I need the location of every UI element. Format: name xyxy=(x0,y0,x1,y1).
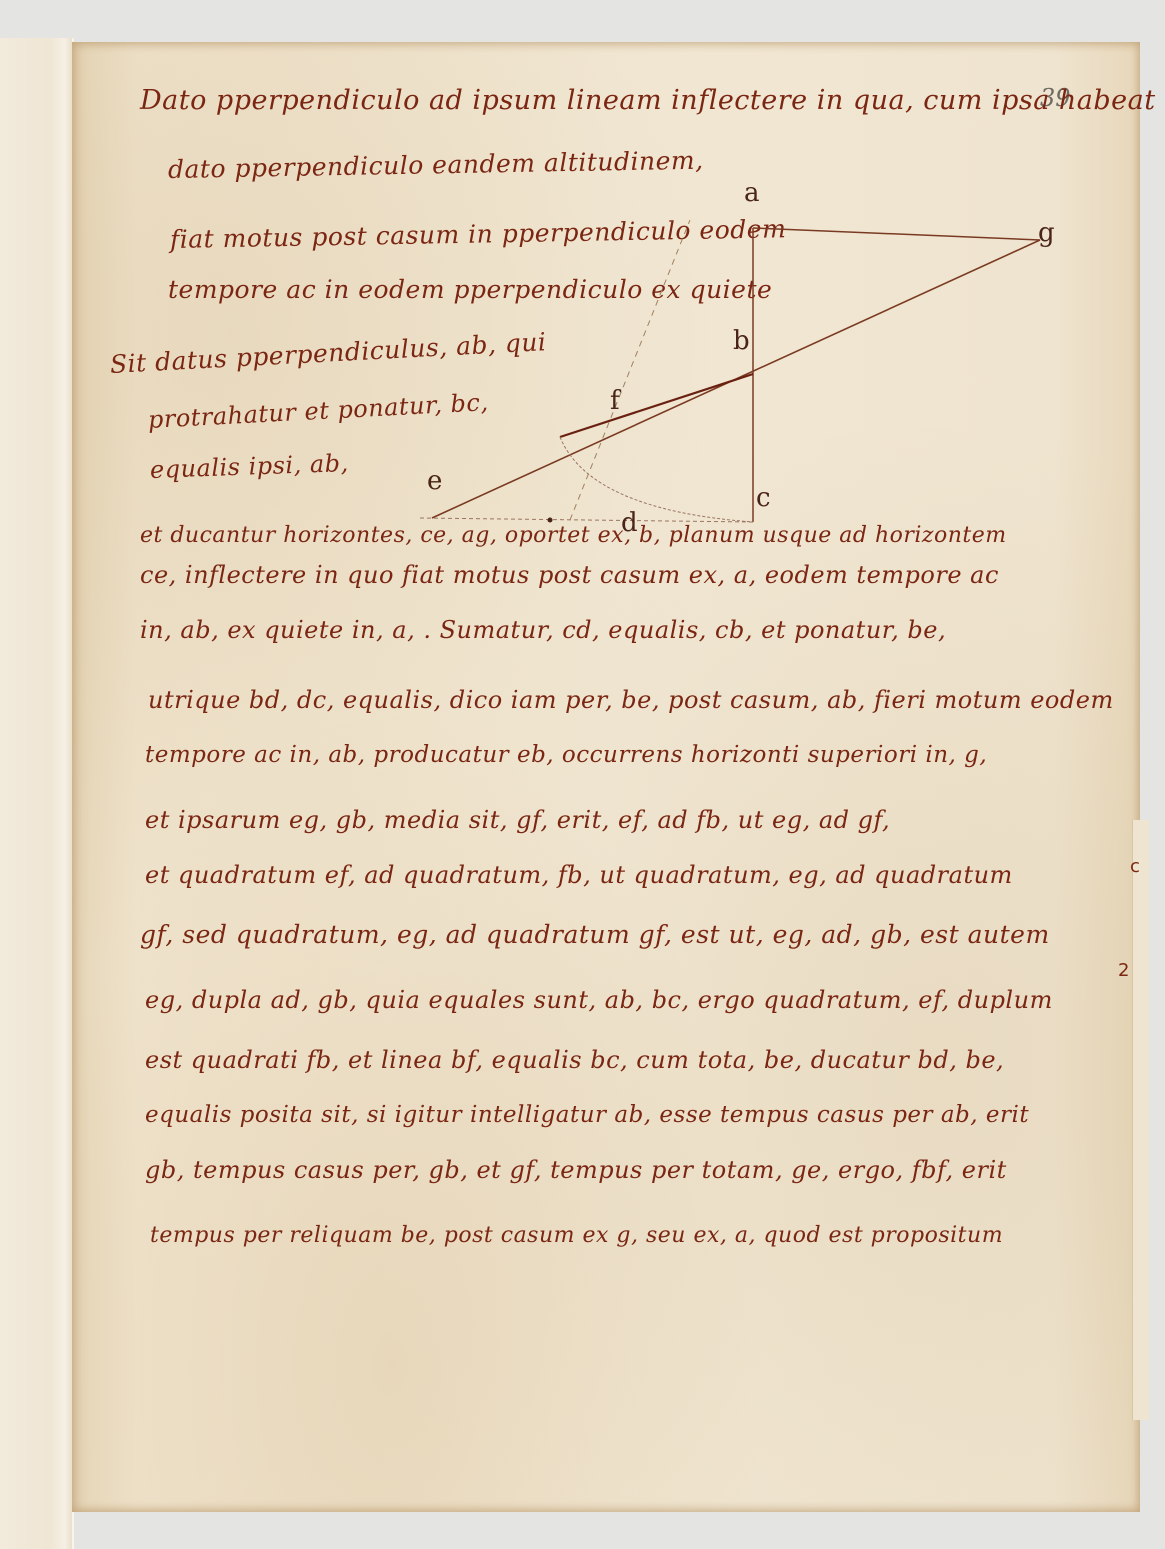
diagram-label-d: d xyxy=(621,508,638,538)
arc-fc xyxy=(560,437,753,522)
diagram-label-b: b xyxy=(733,326,750,356)
diagram-label-c: c xyxy=(756,483,771,513)
diagram-label-f: f xyxy=(610,386,620,416)
line-ag xyxy=(753,228,1040,240)
line-ec xyxy=(420,518,753,522)
diagram-label-a: a xyxy=(744,178,760,208)
line-d-dashed xyxy=(570,220,690,520)
point-d xyxy=(548,518,553,523)
segment-bf xyxy=(560,374,753,437)
geometric-diagram xyxy=(0,0,1165,1549)
margin-mark: 2 xyxy=(1118,960,1129,981)
diagram-label-e: e xyxy=(427,466,442,496)
margin-mark: c xyxy=(1130,856,1140,877)
diagram-label-g: g xyxy=(1038,218,1055,248)
